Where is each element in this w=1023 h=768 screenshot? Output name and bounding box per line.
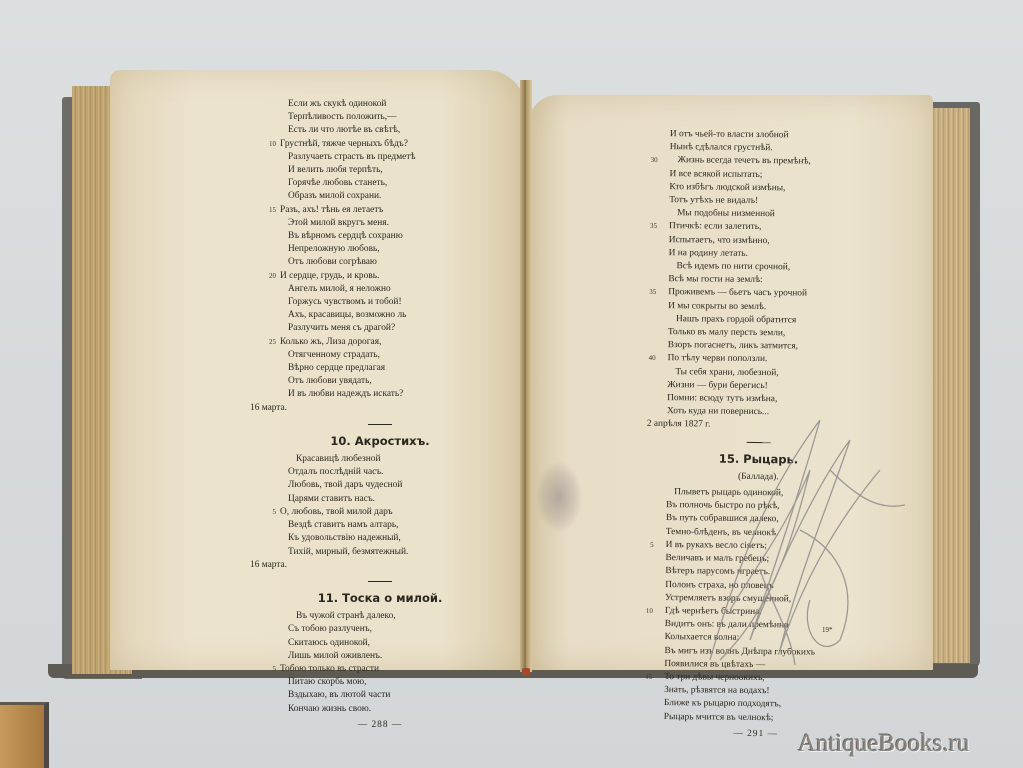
verse-line: Образъ милой сохрани. — [280, 190, 480, 203]
verse-text: Разъ, ахъ! тѣнь ея летаетъ — [280, 205, 383, 215]
verse-text: Образъ милой сохрани. — [288, 191, 381, 201]
line-number: 25 — [262, 336, 276, 349]
verse-text: Ты себя храни, любезной, — [675, 367, 778, 378]
verse-text: Скитаюсь одинокой, — [288, 638, 370, 648]
left-page-text: Если жъ скукѣ одинокойТерпѣливость полож… — [280, 98, 480, 732]
verse-text: И отъ чьей-то власти злобной — [670, 129, 789, 140]
verse-text: Проживемъ — бьетъ часъ урочной — [668, 288, 807, 299]
verse-text: Съ тобою разлученъ, — [288, 624, 372, 634]
verse-text: Тобою только въ страсти — [280, 664, 379, 674]
verse-text: Вездѣ ставитъ намъ алтарь, — [288, 520, 398, 530]
watermark: AntiqueBooks.ru — [798, 730, 970, 758]
verse-line: Терпѣливость положить,— — [280, 111, 480, 124]
verse-line: И въ любви надеждъ искать? — [280, 388, 480, 401]
verse-text: Этой милой вкругъ меня. — [288, 218, 389, 228]
verse-text: Жизнь всегда течетъ въ премѣнѣ, — [678, 156, 811, 167]
verse-text: Взоръ погаснетъ, ликъ затмится, — [668, 340, 798, 351]
verse-text: Есть ли что лютѣе въ свѣтѣ, — [288, 125, 400, 135]
verse-line: Если жъ скукѣ одинокой — [280, 98, 480, 111]
pencil-smudge — [536, 462, 582, 532]
line-number: 35 — [642, 286, 656, 299]
verse-line: Непреложную любовь, — [280, 243, 480, 256]
verse-text: Горжусь чувствомъ и тобой! — [288, 297, 402, 307]
verse-text: Горячѣе любовь станеть, — [288, 178, 387, 188]
verse-text: Къ удовольствію надежный, — [288, 533, 401, 543]
verse-line: Рыцарь мчится въ челнокѣ; — [656, 710, 856, 725]
verse-text: Нашъ прахъ гордой обратится — [676, 314, 796, 325]
section-divider — [368, 424, 392, 425]
verse-line: Вѣрно сердце предлагая — [280, 362, 480, 375]
verse-text: Помни: всюду тутъ измѣна, — [667, 393, 777, 404]
line-number: 5 — [640, 539, 654, 552]
verse-line: Въ вѣрномъ сердцѣ сохраню — [280, 230, 480, 243]
line-number: 30 — [644, 154, 658, 167]
verse-line: Отягченному страдать, — [280, 349, 480, 362]
verse-text: Питаю скорбь мою, — [288, 677, 366, 687]
verse-line: 5О, любовь, твой милой даръ — [280, 506, 480, 519]
verse-line: Горячѣе любовь станеть, — [280, 177, 480, 190]
verse-text: Нынѣ сдѣлался грустнѣй. — [670, 142, 773, 153]
verse-text: О, любовь, твой милой даръ — [280, 507, 393, 517]
verse-line: Царями ставитъ насъ. — [280, 493, 480, 506]
verse-text: Рыцарь мчится въ челнокѣ; — [664, 712, 774, 723]
poem-date: 16 марта. — [250, 402, 480, 415]
verse-text: Непреложную любовь, — [288, 244, 380, 254]
verse-text: Лишь милой оживленъ. — [288, 651, 382, 661]
verse-text: И сердце, грудь, и кровь. — [280, 271, 379, 281]
poem-body: Красавицѣ любезнойОтдалъ послѣдній часъ.… — [280, 453, 480, 559]
verse-text: И въ любви надеждъ искать? — [288, 389, 403, 399]
verse-line: 10Грустнѣй, тяжче черныхъ бѣдъ? — [280, 138, 480, 151]
verse-text: Птичкѣ: если залетить, — [669, 222, 762, 233]
page-edges-right — [930, 108, 970, 663]
verse-text: Колько жъ, Лиза дорогая, — [280, 337, 381, 347]
verse-text: Кто избѣгъ людской измѣны, — [669, 182, 785, 193]
verse-text: Вѣрно сердце предлагая — [288, 363, 385, 373]
verse-text: Только въ малу персть земли, — [668, 327, 786, 338]
verse-text: Тихій, мирный, безмятежный. — [288, 547, 408, 557]
verse-text: Отъ любови согрѣваю — [288, 257, 377, 267]
poem-title: 10. Акростихъ. — [280, 435, 480, 448]
poem-title: 11. Тоска о милой. — [280, 592, 480, 605]
verse-line: Въ чужой странѣ далеко, — [280, 610, 480, 623]
line-number: 20 — [262, 270, 276, 283]
verse-line: 15Разъ, ахъ! тѣнь ея летаетъ — [280, 204, 480, 217]
verse-line: Горжусь чувствомъ и тобой! — [280, 296, 480, 309]
verse-text: Всѣ идемъ по нити срочной, — [677, 261, 791, 272]
poem-body: Въ чужой странѣ далеко,Съ тобою разлучен… — [280, 610, 480, 716]
verse-text: Отягченному страдать, — [288, 350, 380, 360]
verse-line: Отъ любови согрѣваю — [280, 256, 480, 269]
verse-line: И велить любя терпѣть, — [280, 164, 480, 177]
verse-text: То три дѣвы черноокихъ, — [664, 672, 764, 683]
verse-line: Лишь милой оживленъ. — [280, 650, 480, 663]
verse-line: Ахъ, красавицы, возможно ль — [280, 309, 480, 322]
verse-text: Тотъ утѣхъ не видалъ! — [669, 195, 758, 206]
verse-line: Вездѣ ставитъ намъ алтарь, — [280, 519, 480, 532]
verse-text: Испытаетъ, что измѣнно, — [669, 235, 770, 246]
verse-text: Всѣ мы гости на землѣ: — [668, 274, 762, 285]
verse-text: Красавицѣ любезной — [296, 454, 380, 464]
verse-text: Мы подобны низменной — [677, 208, 775, 219]
pencil-scribble — [690, 410, 910, 670]
line-number: 10 — [262, 138, 276, 151]
verse-text: Ангелъ милой, я неложно — [288, 284, 391, 294]
verse-line: Съ тобою разлученъ, — [280, 623, 480, 636]
spine-headband — [522, 668, 530, 676]
verse-text: Любовь, твой даръ чудесной — [288, 480, 402, 490]
verse-line: 20И сердце, грудь, и кровь. — [280, 270, 480, 283]
verse-line: Тихій, мирный, безмятежный. — [280, 546, 480, 559]
page-number: — 288 — — [280, 719, 480, 732]
verse-text: И велить любя терпѣть, — [288, 165, 383, 175]
line-number: 5 — [262, 663, 276, 676]
verse-line: Отъ любови увядать, — [280, 375, 480, 388]
verse-text: Отъ любови увядать, — [288, 376, 372, 386]
verse-line: Къ удовольствію надежный, — [280, 532, 480, 545]
verse-text: Терпѣливость положить,— — [288, 112, 396, 122]
verse-line: Питаю скорбь мою, — [280, 676, 480, 689]
verse-text: Ближе къ рыцарю подходятъ, — [664, 698, 781, 709]
verse-text: Въ чужой странѣ далеко, — [296, 611, 396, 621]
line-number: 15 — [262, 204, 276, 217]
verse-text: Грустнѣй, тяжче черныхъ бѣдъ? — [280, 139, 408, 149]
verse-text: Если жъ скукѣ одинокой — [288, 99, 386, 109]
verse-text: Разлучаеть страсть въ предметѣ — [288, 152, 415, 162]
poem-ending: И отъ чьей-то власти злобнойНынѣ сдѣлалс… — [659, 128, 862, 421]
verse-text: Знать, рѣзвятся на водахъ! — [664, 685, 769, 696]
verse-text: Отдалъ послѣдній часъ. — [288, 467, 383, 477]
book-gutter — [520, 80, 532, 672]
verse-text: Ахъ, красавицы, возможно ль — [288, 310, 406, 320]
verse-line: Есть ли что лютѣе въ свѣтѣ, — [280, 124, 480, 137]
line-number: 5 — [262, 506, 276, 519]
verse-line: Ангелъ милой, я неложно — [280, 283, 480, 296]
verse-line: 5Тобою только въ страсти — [280, 663, 480, 676]
verse-line: 25Колько жъ, Лиза дорогая, — [280, 336, 480, 349]
verse-text: И все всякой испытать; — [669, 169, 762, 180]
verse-text: Кончаю жизнь свою. — [288, 704, 371, 714]
verse-line: Любовь, твой даръ чудесной — [280, 479, 480, 492]
verse-text: По тѣлу черви поползли. — [668, 354, 768, 365]
verse-line: Вздыхаю, въ лютой части — [280, 689, 480, 702]
verse-line: Разлучить меня съ драгой? — [280, 322, 480, 335]
verse-line: Этой милой вкругъ меня. — [280, 217, 480, 230]
verse-text: Разлучить меня съ драгой? — [288, 323, 395, 333]
second-book-corner — [0, 702, 49, 768]
verse-text: Вздыхаю, въ лютой части — [288, 690, 390, 700]
verse-line: Кончаю жизнь свою. — [280, 703, 480, 716]
line-number: 15 — [638, 671, 652, 684]
verse-line: Разлучаеть страсть въ предметѣ — [280, 151, 480, 164]
line-number: 10 — [639, 605, 653, 618]
verse-text: Царями ставитъ насъ. — [288, 494, 375, 504]
poem-ending: Если жъ скукѣ одинокойТерпѣливость полож… — [280, 98, 480, 402]
verse-line: Отдалъ послѣдній часъ. — [280, 466, 480, 479]
verse-text: И мы сокрыты во землѣ. — [668, 301, 766, 312]
poem-date: 16 марта. — [250, 559, 480, 572]
verse-line: Красавицѣ любезной — [280, 453, 480, 466]
line-number: 35 — [643, 220, 657, 233]
verse-text: Жизни — бури берегись! — [667, 380, 768, 391]
section-divider — [368, 581, 392, 582]
line-number: 40 — [642, 352, 656, 365]
verse-line: Скитаюсь одинокой, — [280, 637, 480, 650]
verse-text: Въ вѣрномъ сердцѣ сохраню — [288, 231, 403, 241]
verse-text: И на родину летать. — [669, 248, 748, 259]
